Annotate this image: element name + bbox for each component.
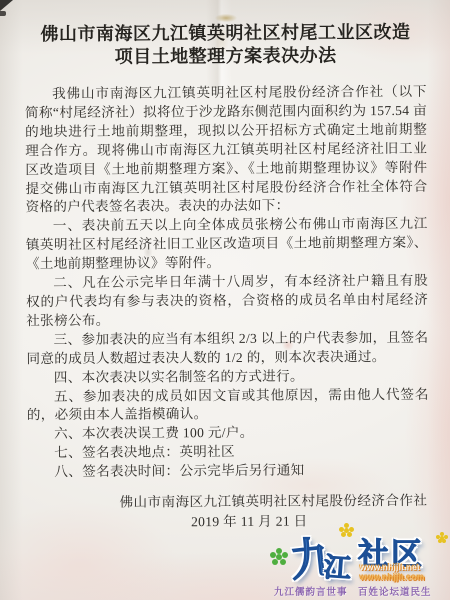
scanned-document-page: 佛山市南海区九江镇英明社区村尾工业区改造 项目土地整理方案表决办法 我佛山市南海… xyxy=(0,0,450,600)
logo-char-jiang: 江 xyxy=(323,545,353,586)
vote-rule-item-1: 一、表决前五天以上向全体成员张榜公布佛山市南海区九江镇英明社区村尾经济社旧工业区… xyxy=(26,215,428,274)
vote-rule-item-7: 七、签名表决地点：英明社区 xyxy=(27,442,429,463)
vote-rule-item-8: 八、签名表决时间：公示完毕后另行通知 xyxy=(27,461,429,482)
edge-ink-mark xyxy=(0,11,6,16)
flower-icon xyxy=(276,554,282,560)
vote-rule-item-4: 四、本次表决以实名制签名的方式进行。 xyxy=(27,366,429,387)
intro-paragraph: 我佛山市南海区九江镇英明社区村尾股份经济合作社（以下简称“村尾经济社）拟将位于沙… xyxy=(25,83,428,218)
signature-organization: 佛山市南海区九江镇英明社区村尾股份经济合作社 xyxy=(27,492,429,513)
vote-rule-item-3: 三、参加表决的应当有本组织 2/3 以上的户代表参加，且签名同意的成员人数超过表… xyxy=(26,329,428,369)
flower-icon xyxy=(344,528,349,533)
vote-rule-item-5: 五、参加表决的成员如因文盲或其他原因，需由他人代签名的，必须由本人盖指模确认。 xyxy=(27,385,429,425)
document-body: 我佛山市南海区九江镇英明社区村尾股份经济合作社（以下简称“村尾经济社）拟将位于沙… xyxy=(25,83,430,533)
jiujiang-community-watermark-logo: 九 江 社区 www.nhjjlt.net www.nhjjlt.com 九江儒… xyxy=(260,522,450,600)
flower-icon xyxy=(440,536,444,540)
corner-ink-mark xyxy=(0,0,13,11)
document-title: 佛山市南海区九江镇英明社区村尾工业区改造 项目土地整理方案表决办法 xyxy=(24,21,426,69)
title-line-2: 项目土地整理方案表决办法 xyxy=(115,45,337,66)
title-line-1: 佛山市南海区九江镇英明社区村尾工业区改造 xyxy=(40,22,410,44)
logo-url-com: www.nhjjlt.com xyxy=(360,572,425,582)
vote-rule-item-6: 六、本次表决误工费 100 元/户。 xyxy=(27,423,429,444)
logo-slogan: 九江儒韵言世事 百姓论坛道民生 xyxy=(274,584,450,598)
logo-url-net: www.nhjjlt.net xyxy=(360,562,420,572)
vote-rule-item-2: 二、凡在公示完毕日年满十八周岁，有本经济社户籍且有股权的户代表均有参与表决的资格… xyxy=(26,272,428,331)
document-content: 佛山市南海区九江镇英明社区村尾工业区改造 项目土地整理方案表决办法 我佛山市南海… xyxy=(24,21,429,533)
